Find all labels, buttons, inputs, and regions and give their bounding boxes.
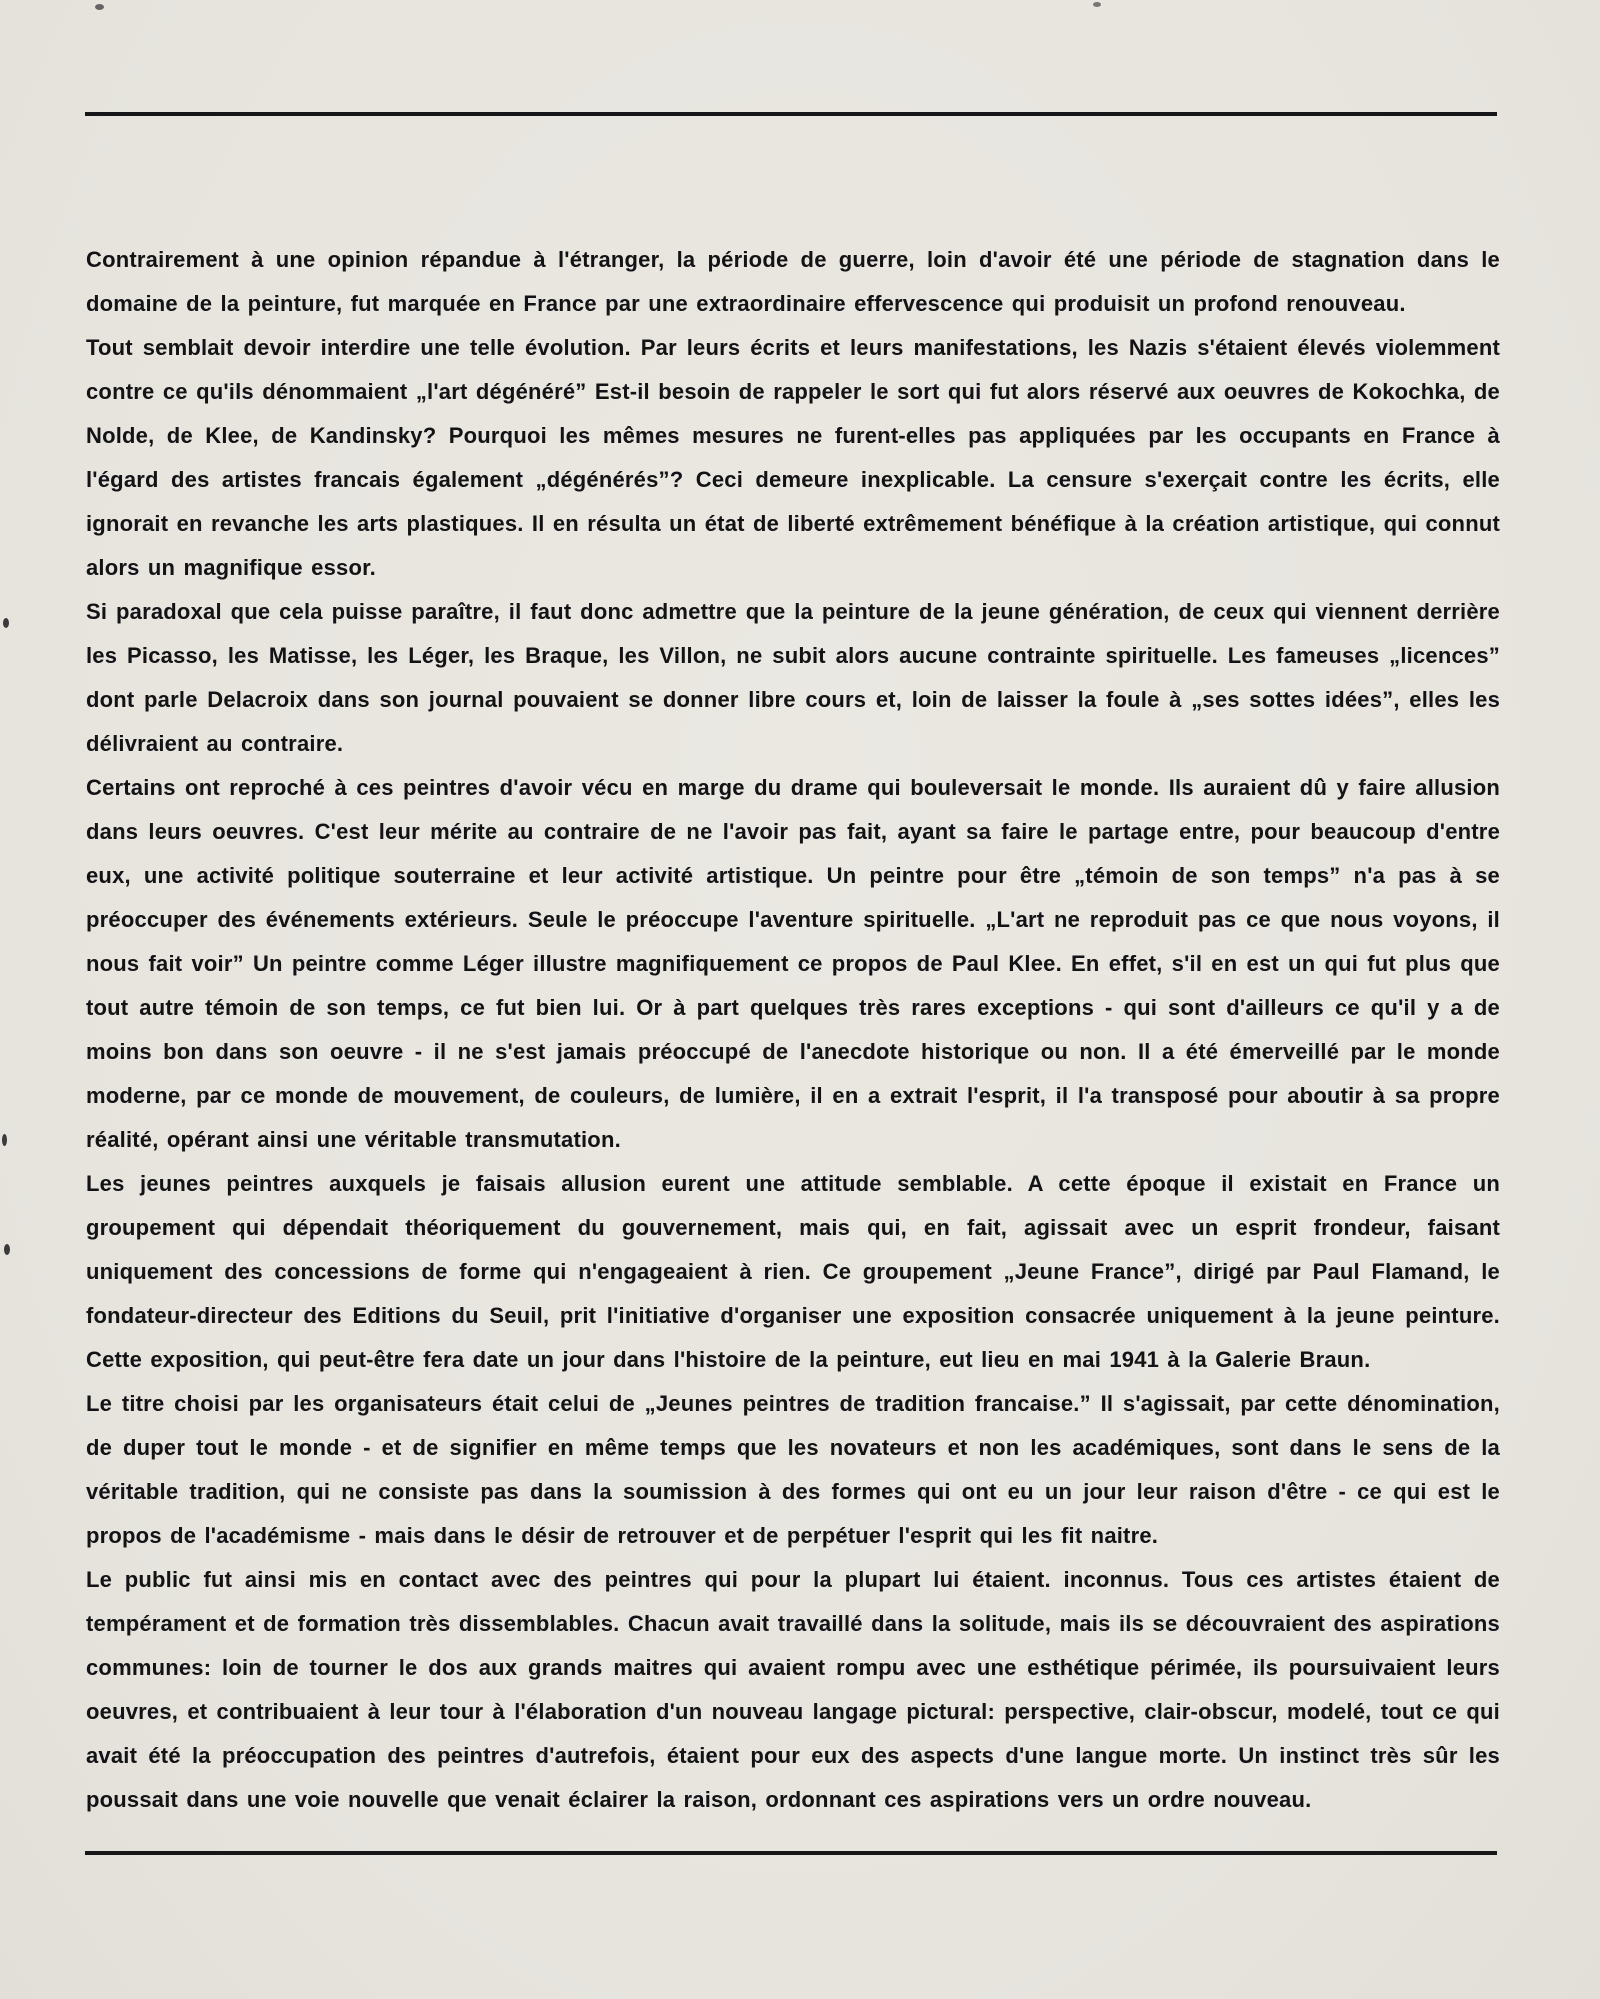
body-text: Contrairement à une opinion répandue à l… [86,238,1500,1822]
scan-speck [4,1244,10,1255]
paragraph-1: Contrairement à une opinion répandue à l… [86,238,1500,326]
bottom-horizontal-rule [85,1851,1497,1855]
paragraph-7: Le public fut ainsi mis en contact avec … [86,1558,1500,1822]
paragraph-4: Certains ont reproché à ces peintres d'a… [86,766,1500,1162]
paragraph-3: Si paradoxal que cela puisse paraître, i… [86,590,1500,766]
scan-speck [95,4,104,10]
scan-speck [2,1134,7,1146]
top-horizontal-rule [85,112,1497,116]
scan-speck [1093,2,1101,7]
paragraph-2: Tout semblait devoir interdire une telle… [86,326,1500,590]
scan-speck [3,618,9,628]
paragraph-5: Les jeunes peintres auxquels je faisais … [86,1162,1500,1382]
paragraph-6: Le titre choisi par les organisateurs ét… [86,1382,1500,1558]
scanned-page: Contrairement à une opinion répandue à l… [0,0,1600,1999]
